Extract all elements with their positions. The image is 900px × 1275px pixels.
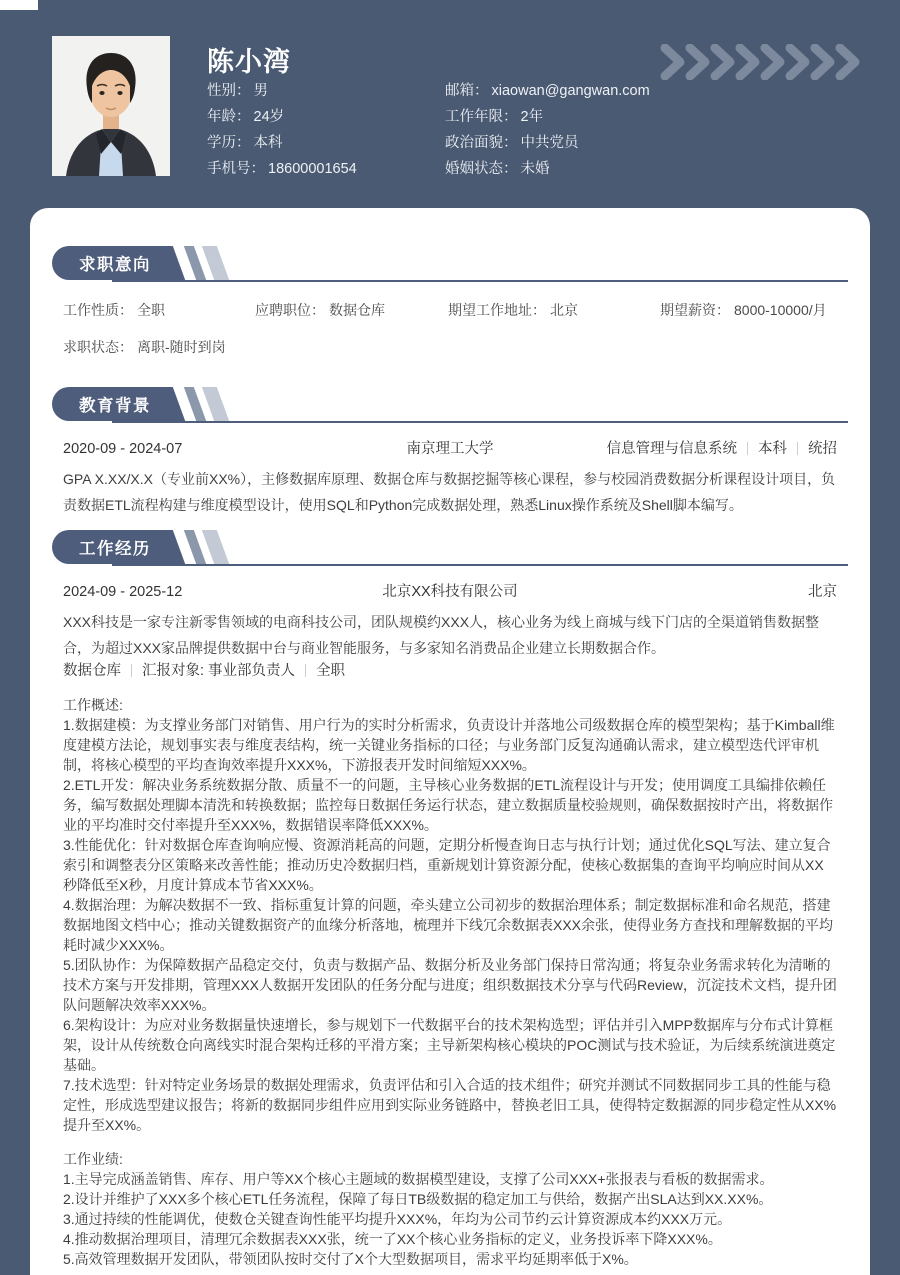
divider xyxy=(747,442,748,455)
work-row: 2024-09 - 2025-12 北京XX科技有限公司 北京 xyxy=(63,582,837,602)
info-row: 婚姻状态：未婚 xyxy=(445,156,650,182)
work-company: 北京XX科技有限公司 xyxy=(382,582,517,602)
section-header-work: 工作经历 xyxy=(52,530,848,566)
achievement-item: 3.通过持续的性能调优，使数仓关键查询性能平均提升XXX%，年均为公司节约云计算… xyxy=(63,1209,837,1229)
info-row: 手机号：18600001654 xyxy=(207,156,357,182)
section-underline xyxy=(112,280,848,282)
field-label: 期望工作地址： xyxy=(448,302,546,318)
info-value: 18600001654 xyxy=(268,161,357,177)
job-intent-fields-row1: 工作性质：全职 应聘职位：数据仓库 期望工作地址：北京 期望薪资：8000-10… xyxy=(63,300,837,320)
field-value: 8000-10000/月 xyxy=(734,302,827,318)
section-underline xyxy=(112,421,848,423)
resume-page: 陈小湾 性别：男 年龄：24岁 学历：本科 手机号：18600001654 邮箱… xyxy=(0,0,900,1275)
overview-item: 5.团队协作：为保障数据产品稳定交付，负责与数据产品、数据分析及业务部门保持日常… xyxy=(63,955,837,1015)
info-value: 男 xyxy=(254,83,269,99)
education-degree: 本科 xyxy=(758,441,787,457)
info-label: 年龄： xyxy=(207,109,251,125)
candidate-name: 陈小湾 xyxy=(207,40,291,79)
section-title: 工作经历 xyxy=(79,535,151,559)
field-label: 期望薪资： xyxy=(660,302,730,318)
report-to: 汇报对象: 事业部负责人 xyxy=(142,663,295,679)
job-intent-field: 工作性质：全职 xyxy=(63,300,255,320)
achievement-label: 工作业绩: xyxy=(63,1149,837,1169)
info-label: 政治面貌： xyxy=(445,135,518,151)
page-corner-notch xyxy=(0,0,38,10)
achievement-list: 1.主导完成涵盖销售、库存、用户等XX个核心主题域的数据模型建设，支撑了公司XX… xyxy=(63,1169,837,1269)
section-stripe-light xyxy=(202,530,229,564)
field-value: 离职-随时到岗 xyxy=(137,339,226,355)
education-major: 信息管理与信息系统 xyxy=(607,441,738,457)
position-title: 数据仓库 xyxy=(63,663,121,679)
info-label: 学历： xyxy=(207,135,251,151)
info-row: 邮箱：xiaowan@gangwan.com xyxy=(445,78,650,104)
info-value: 未婚 xyxy=(521,161,550,177)
overview-item: 1.数据建模：为支撑业务部门对销售、用户行为的实时分析需求，负责设计并落地公司级… xyxy=(63,715,837,775)
info-value: 2年 xyxy=(521,109,544,125)
personal-info-left: 性别：男 年龄：24岁 学历：本科 手机号：18600001654 xyxy=(207,78,357,182)
info-row: 政治面貌：中共党员 xyxy=(445,130,650,156)
company-intro: XXX科技是一家专注新零售领域的电商科技公司，团队规模约XXX人，核心业务为线上… xyxy=(63,609,837,661)
field-value: 数据仓库 xyxy=(329,302,385,318)
section-badge: 求职意向 xyxy=(52,246,170,280)
section-stripe-light xyxy=(202,387,229,421)
position-row: 数据仓库汇报对象: 事业部负责人全职 xyxy=(63,661,837,681)
portrait-illustration xyxy=(52,36,170,176)
education-meta: 信息管理与信息系统本科统招 xyxy=(494,439,838,459)
overview-list: 1.数据建模：为支撑业务部门对销售、用户行为的实时分析需求，负责设计并落地公司级… xyxy=(63,715,837,1135)
education-row: 2020-09 - 2024-07 南京理工大学 信息管理与信息系统本科统招 xyxy=(63,439,837,459)
field-value: 北京 xyxy=(550,302,578,318)
info-value: xiaowan@gangwan.com xyxy=(492,83,650,99)
info-row: 年龄：24岁 xyxy=(207,104,357,130)
divider xyxy=(131,664,132,677)
chevron-decoration-icon xyxy=(660,44,865,80)
achievement-item: 4.推动数据治理项目，清理冗余数据表XXX张，统一了XX个核心业务指标的定义，业… xyxy=(63,1229,837,1249)
field-value: 全职 xyxy=(137,302,165,318)
info-value: 本科 xyxy=(254,135,283,151)
job-intent-field: 期望薪资：8000-10000/月 xyxy=(660,300,837,320)
info-label: 婚姻状态： xyxy=(445,161,518,177)
education-period: 2020-09 - 2024-07 xyxy=(63,439,407,459)
personal-info-right: 邮箱：xiaowan@gangwan.com 工作年限：2年 政治面貌：中共党员… xyxy=(445,78,650,182)
info-value: 24岁 xyxy=(254,109,285,125)
overview-item: 6.架构设计：为应对业务数据量快速增长，参与规划下一代数据平台的技术架构选型；评… xyxy=(63,1015,837,1075)
section-title: 教育背景 xyxy=(79,392,151,416)
overview-item: 7.技术选型：针对特定业务场景的数据处理需求，负责评估和引入合适的技术组件；研究… xyxy=(63,1075,837,1135)
job-intent-field: 应聘职位：数据仓库 xyxy=(255,300,448,320)
achievement-item: 2.设计并维护了XXX多个核心ETL任务流程，保障了每日TB级数据的稳定加工与供… xyxy=(63,1189,837,1209)
achievement-item: 1.主导完成涵盖销售、库存、用户等XX个核心主题域的数据模型建设，支撑了公司XX… xyxy=(63,1169,837,1189)
education-description: GPA X.XX/X.X（专业前XX%），主修数据库原理、数据仓库与数据挖掘等核… xyxy=(63,466,837,518)
profile-photo xyxy=(52,36,170,176)
section-stripe-light xyxy=(202,246,229,280)
section-header-job-intent: 求职意向 xyxy=(52,246,848,282)
info-label: 工作年限： xyxy=(445,109,518,125)
job-intent-field: 求职状态：离职-随时到岗 xyxy=(63,337,837,357)
info-row: 学历：本科 xyxy=(207,130,357,156)
info-row: 性别：男 xyxy=(207,78,357,104)
field-label: 求职状态： xyxy=(63,339,133,355)
work-period: 2024-09 - 2025-12 xyxy=(63,582,382,602)
overview-item: 4.数据治理：为解决数据不一致、指标重复计算的问题，牵头建立公司初步的数据治理体… xyxy=(63,895,837,955)
divider xyxy=(305,664,306,677)
job-intent-field: 期望工作地址：北京 xyxy=(448,300,660,320)
field-label: 工作性质： xyxy=(63,302,133,318)
field-label: 应聘职位： xyxy=(255,302,325,318)
job-type: 全职 xyxy=(316,663,345,679)
info-label: 性别： xyxy=(207,83,251,99)
education-school: 南京理工大学 xyxy=(407,439,494,459)
achievement-item: 5.高效管理数据开发团队，带领团队按时交付了X个大型数据项目，需求平均延期率低于… xyxy=(63,1249,837,1269)
info-label: 手机号： xyxy=(207,161,265,177)
resume-card: 求职意向 工作性质：全职 应聘职位：数据仓库 期望工作地址：北京 期望薪资：80… xyxy=(30,208,870,1275)
overview-label: 工作概述: xyxy=(63,695,837,715)
section-badge: 工作经历 xyxy=(52,530,170,564)
section-underline xyxy=(112,564,848,566)
education-enroll-type: 统招 xyxy=(808,441,837,457)
info-value: 中共党员 xyxy=(521,135,579,151)
section-header-education: 教育背景 xyxy=(52,387,848,423)
section-title: 求职意向 xyxy=(79,251,151,275)
job-intent-fields-row2: 求职状态：离职-随时到岗 xyxy=(63,337,837,357)
divider xyxy=(797,442,798,455)
overview-item: 2.ETL开发：解决业务系统数据分散、质量不一的问题，主导核心业务数据的ETL流… xyxy=(63,775,837,835)
work-location: 北京 xyxy=(518,582,837,602)
section-badge: 教育背景 xyxy=(52,387,170,421)
overview-item: 3.性能优化：针对数据仓库查询响应慢、资源消耗高的问题，定期分析慢查询日志与执行… xyxy=(63,835,837,895)
info-row: 工作年限：2年 xyxy=(445,104,650,130)
info-label: 邮箱： xyxy=(445,83,489,99)
